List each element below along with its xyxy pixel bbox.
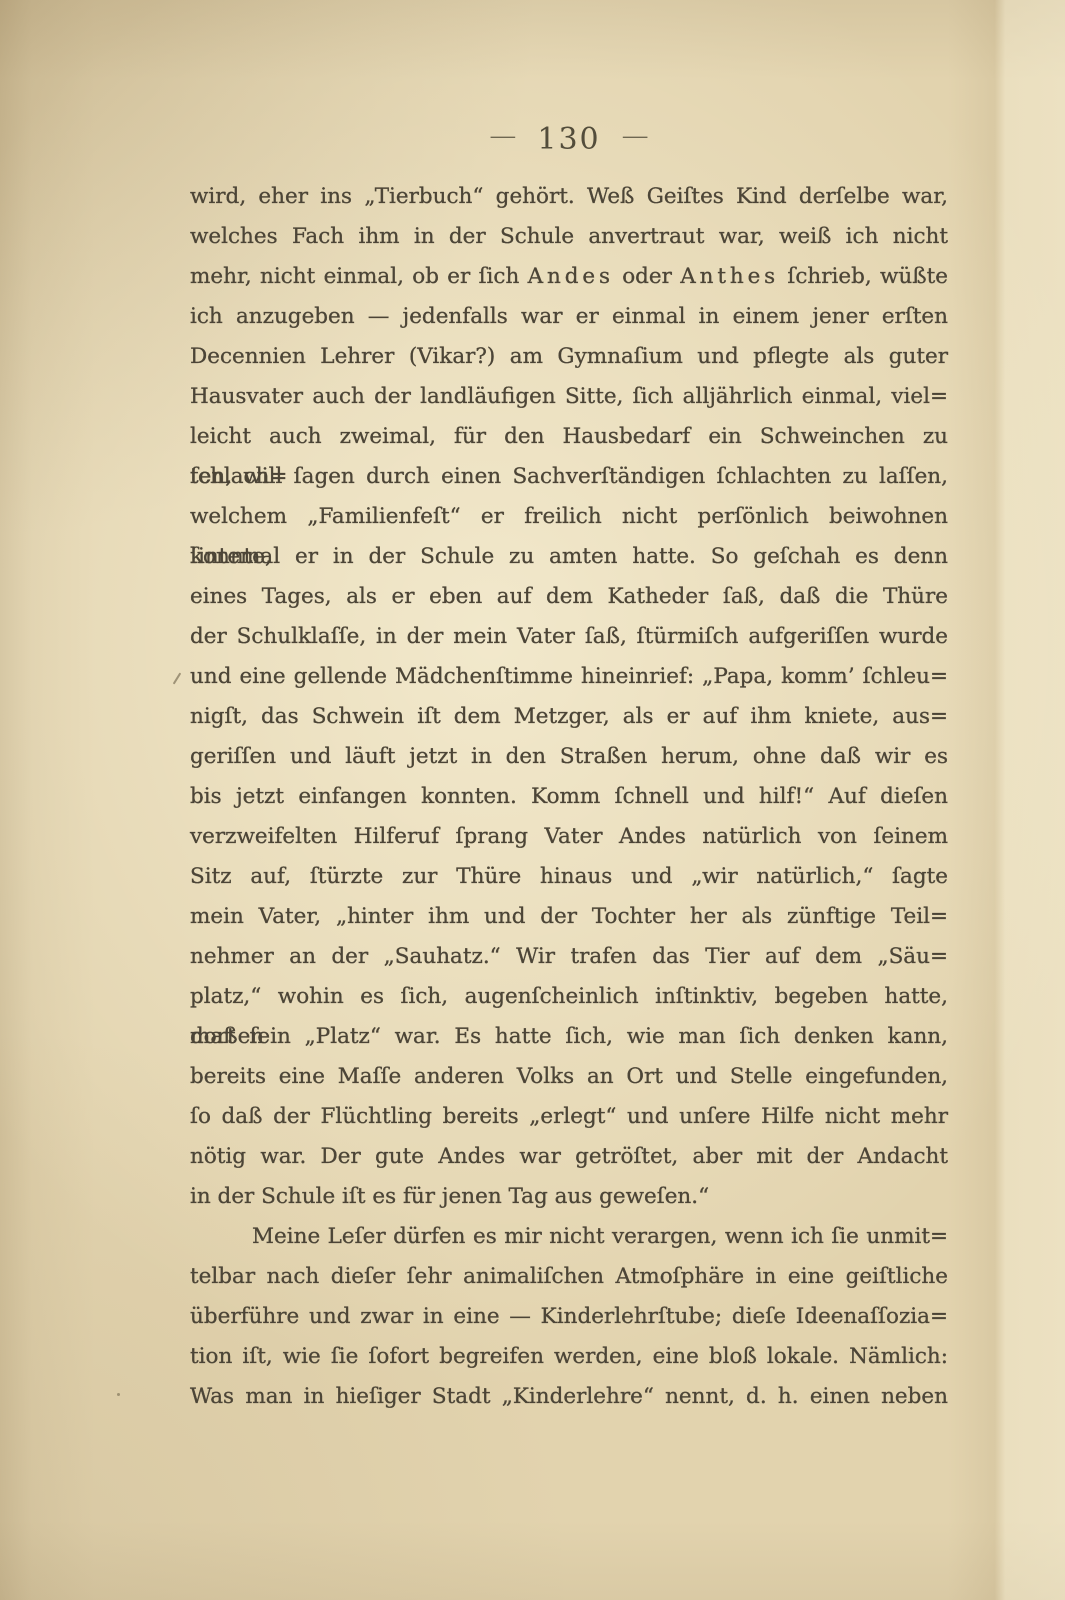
text-line: ten, will ſagen durch einen Sachverſtänd… (190, 457, 948, 497)
text-segment: Was man in hieſiger Stadt „Kinderlehre“ … (190, 1384, 948, 1409)
text-line: nigſt, das Schwein iſt dem Metzger, als … (190, 697, 948, 737)
text-segment: nötig war. Der gute Andes war getröſtet,… (190, 1144, 948, 1169)
text-segment: Sitz auf, ſtürzte zur Thüre hinaus und „… (190, 864, 948, 889)
text-line: welches Fach ihm in der Schule anvertrau… (190, 217, 948, 257)
text-segment: ſo daß der Flüchtling bereits „erlegt“ u… (190, 1104, 948, 1129)
text-line: in der Schule iſt es für jenen Tag aus g… (190, 1177, 948, 1217)
text-segment: nehmer an der „Sauhatz.“ Wir trafen das … (190, 944, 948, 969)
text-line: leicht auch zweimal, für den Hausbedarf … (190, 417, 948, 457)
text-line: ich anzugeben — jedenfalls war er einmal… (190, 297, 948, 337)
text-line: und eine gellende Mädchenſtimme hineinri… (190, 657, 948, 697)
text-line: nötig war. Der gute Andes war getröſtet,… (190, 1137, 948, 1177)
page-number: 130 (537, 122, 600, 157)
text-segment: welches Fach ihm in der Schule anvertrau… (190, 224, 948, 249)
text-segment: verzweifelten Hilferuf ſprang Vater Ande… (190, 824, 948, 849)
page-header: —130— (190, 122, 948, 157)
text-line: dort ſein „Platz“ war. Es hatte ſich, wi… (190, 1017, 948, 1057)
text-line: mein Vater, „hinter ihm und der Tochter … (190, 897, 948, 937)
text-line: der Schulklaſſe, in der mein Vater ſaß, … (190, 617, 948, 657)
text-segment: mein Vater, „hinter ihm und der Tochter … (190, 904, 948, 929)
text-line: platz,“ wohin es ſich, augenſcheinlich i… (190, 977, 948, 1017)
text-segment: mehr, nicht einmal, ob er ſich (190, 264, 528, 289)
text-line: Sitz auf, ſtürzte zur Thüre hinaus und „… (190, 857, 948, 897)
scanned-book-page: { "colors": { "paper": "#e2d3ae", "paper… (0, 0, 1065, 1600)
text-segment: nigſt, das Schwein iſt dem Metzger, als … (190, 704, 948, 729)
text-line: Was man in hieſiger Stadt „Kinderlehre“ … (190, 1377, 948, 1417)
text-segment: in der Schule iſt es für jenen Tag aus g… (190, 1184, 709, 1209)
text-segment: geriſſen und läuft jetzt in den Straßen … (190, 744, 948, 769)
text-line: tion iſt, wie ſie ſofort begreifen werde… (190, 1337, 948, 1377)
text-segment: ſchrieb, wüßte (779, 264, 948, 289)
text-segment: wird, eher ins „Tierbuch“ gehört. Weß Ge… (190, 184, 948, 209)
text-line: nehmer an der „Sauhatz.“ Wir trafen das … (190, 937, 948, 977)
text-line: ſintemal er in der Schule zu amten hatte… (190, 537, 948, 577)
text-segment: bereits eine Maſſe anderen Volks an Ort … (190, 1064, 948, 1089)
body-text: wird, eher ins „Tierbuch“ gehört. Weß Ge… (190, 177, 948, 1417)
header-dash-right: — (622, 125, 649, 148)
text-line: welchem „Familienfeſt“ er freilich nicht… (190, 497, 948, 537)
text-line: ſo daß der Flüchtling bereits „erlegt“ u… (190, 1097, 948, 1137)
text-line: Meine Leſer dürfen es mir nicht verargen… (190, 1217, 948, 1257)
text-line: telbar nach dieſer ſehr animaliſchen Atm… (190, 1257, 948, 1297)
text-segment: Hausvater auch der landläufigen Sitte, ſ… (190, 384, 948, 409)
paragraph: Meine Leſer dürfen es mir nicht verargen… (190, 1217, 948, 1417)
text-line: wird, eher ins „Tierbuch“ gehört. Weß Ge… (190, 177, 948, 217)
text-segment: der Schulklaſſe, in der mein Vater ſaß, … (190, 624, 948, 649)
text-segment: telbar nach dieſer ſehr animaliſchen Atm… (190, 1264, 948, 1289)
text-segment: ten, will ſagen durch einen Sachverſtänd… (190, 464, 948, 489)
text-segment: dort ſein „Platz“ war. Es hatte ſich, wi… (190, 1024, 948, 1049)
text-line: Hausvater auch der landläufigen Sitte, ſ… (190, 377, 948, 417)
text-line: überführe und zwar in eine — Kinderlehrſ… (190, 1297, 948, 1337)
text-segment: ſintemal er in der Schule zu amten hatte… (190, 544, 948, 569)
margin-stray-mark (173, 672, 182, 684)
text-line: geriſſen und läuft jetzt in den Straßen … (190, 737, 948, 777)
text-segment: überführe und zwar in eine — Kinderlehrſ… (190, 1304, 948, 1329)
text-line: bis jetzt einfangen konnten. Komm ſchnel… (190, 777, 948, 817)
text-line: bereits eine Maſſe anderen Volks an Ort … (190, 1057, 948, 1097)
text-line: mehr, nicht einmal, ob er ſich Andes ode… (190, 257, 948, 297)
text-segment: ich anzugeben — jedenfalls war er einmal… (190, 304, 948, 329)
text-segment: Decennien Lehrer (Vikar?) am Gymnaſium u… (190, 344, 948, 369)
text-line: Decennien Lehrer (Vikar?) am Gymnaſium u… (190, 337, 948, 377)
text-segment: und eine gellende Mädchenſtimme hineinri… (190, 664, 948, 689)
paragraph: wird, eher ins „Tierbuch“ gehört. Weß Ge… (190, 177, 948, 1217)
header-dash-left: — (489, 125, 516, 148)
letterspaced-name: Anthes (680, 264, 779, 289)
text-line: eines Tages, als er eben auf dem Kathede… (190, 577, 948, 617)
letterspaced-name: Andes (528, 264, 614, 289)
text-segment: Meine Leſer dürfen es mir nicht verargen… (252, 1224, 948, 1249)
text-segment: eines Tages, als er eben auf dem Kathede… (190, 584, 948, 609)
text-segment: tion iſt, wie ſie ſofort begreifen werde… (190, 1344, 948, 1369)
paper-speck (117, 1393, 120, 1396)
text-segment: bis jetzt einfangen konnten. Komm ſchnel… (190, 784, 948, 809)
text-line: verzweifelten Hilferuf ſprang Vater Ande… (190, 817, 948, 857)
text-segment: oder (614, 264, 680, 289)
